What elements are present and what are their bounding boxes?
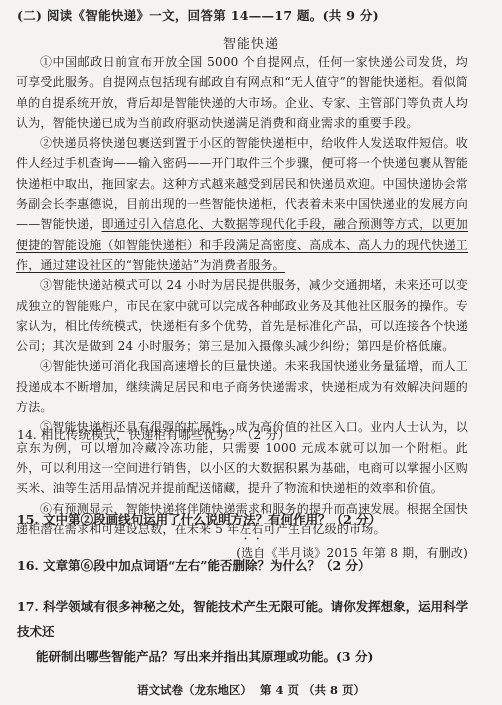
paragraph-2: ②快递员将快递包裹送到置于小区的智能快递柜中，给收件人发送取件短信。收件人经过手… [16, 133, 468, 275]
page-footer: 语文试卷（龙东地区） 第 4 页 （共 8 页） [0, 682, 502, 698]
question-17-line-1: 17. 科学领域有很多神秘之处，智能技术产生无限可能。请你发挥想象，运用科学技术… [17, 599, 468, 639]
question-14: 14. 相比传统模式，快递柜有哪些优势？（2 分） [17, 425, 290, 443]
paragraph-3: ③智能快递站模式可以 24 小时为居民提供服务，减少交通拥堵，未来还可以变成独立… [16, 275, 468, 356]
exam-page: (二) 阅读《智能快递》一文，回答第 14——17 题。(共 9 分) 智能快递… [0, 0, 502, 705]
paragraph-4: ④智能快递可消化我国高速增长的巨量快递。未来我国快递业务量猛增，而人工投递成本不… [16, 356, 468, 417]
section-header: (二) 阅读《智能快递》一文，回答第 14——17 题。(共 9 分) [17, 6, 379, 24]
question-16: 16. 文章第⑥段中加点词语“左右”能否删除？为什么？（2 分） [17, 556, 371, 574]
paragraph-1: ①中国邮政日前宣布开放全国 5000 个自提网点，任何一家快递公司发货，均可享受… [16, 52, 468, 133]
article-body: ①中国邮政日前宣布开放全国 5000 个自提网点，任何一家快递公司发货，均可享受… [16, 52, 468, 563]
question-17: 17. 科学领域有很多神秘之处，智能技术产生无限可能。请你发挥想象，运用科学技术… [17, 594, 469, 669]
question-15: 15. 文中第②段画线句运用了什么说明方法？有何作用？（2 分） [17, 510, 381, 528]
question-17-line-2: 能研制出哪些智能产品？写出来并指出其原理或功能。(3 分) [17, 644, 469, 669]
article-title: 智能快递 [0, 33, 502, 52]
